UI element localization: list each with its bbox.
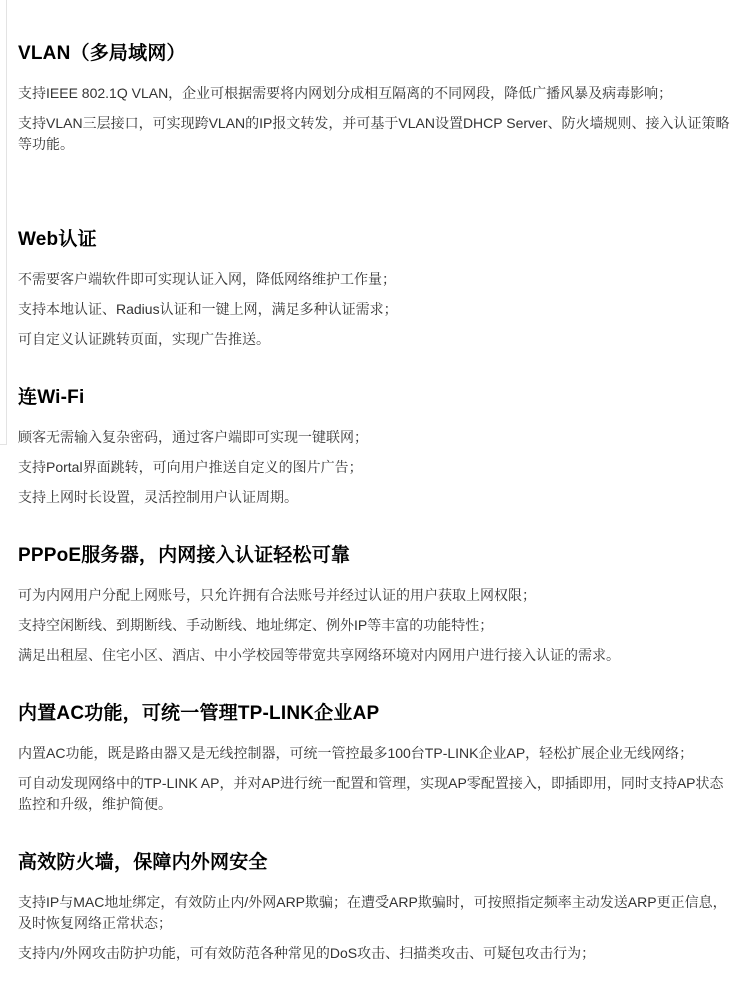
product-feature-page: { "page": { "background_color": "#ffffff… [0,0,750,986]
section-heading: VLAN（多局域网） [18,44,732,64]
section-lian-wifi: 连Wi-Fi 顾客无需输入复杂密码，通过客户端即可实现一键联网； 支持Porta… [18,388,732,508]
section-pppoe-server: PPPoE服务器，内网接入认证轻松可靠 可为内网用户分配上网账号，只允许拥有合法… [18,546,732,666]
left-panel-border-vertical [6,0,7,445]
feature-paragraph: 满足出租屋、住宅小区、酒店、中小学校园等带宽共享网络环境对内网用户进行接入认证的… [18,645,732,666]
feature-paragraph: 可为内网用户分配上网账号，只允许拥有合法账号并经过认证的用户获取上网权限； [18,585,732,606]
feature-paragraph: 支持IP与MAC地址绑定，有效防止内/外网ARP欺骗；在遭受ARP欺骗时，可按照… [18,892,732,934]
section-heading: 高效防火墙，保障内外网安全 [18,853,732,873]
left-panel-border-corner [0,444,7,445]
section-firewall: 高效防火墙，保障内外网安全 支持IP与MAC地址绑定，有效防止内/外网ARP欺骗… [18,853,732,964]
section-heading: 内置AC功能，可统一管理TP-LINK企业AP [18,704,732,724]
feature-paragraph: 可自定义认证跳转页面，实现广告推送。 [18,329,732,350]
feature-paragraph: 支持IEEE 802.1Q VLAN，企业可根据需要将内网划分成相互隔离的不同网… [18,83,732,104]
feature-paragraph: 支持空闲断线、到期断线、手动断线、地址绑定、例外IP等丰富的功能特性； [18,615,732,636]
feature-paragraph: 支持上网时长设置，灵活控制用户认证周期。 [18,487,732,508]
feature-paragraph: 支持内/外网攻击防护功能，可有效防范各种常见的DoS攻击、扫描类攻击、可疑包攻击… [18,943,732,964]
section-vlan: VLAN（多局域网） 支持IEEE 802.1Q VLAN，企业可根据需要将内网… [18,44,732,155]
section-heading: 连Wi-Fi [18,388,732,408]
feature-paragraph: 支持本地认证、Radius认证和一键上网，满足多种认证需求； [18,299,732,320]
feature-paragraph: 支持VLAN三层接口，可实现跨VLAN的IP报文转发，并可基于VLAN设置DHC… [18,113,732,155]
feature-paragraph: 内置AC功能，既是路由器又是无线控制器，可统一管控最多100台TP-LINK企业… [18,743,732,764]
section-web-auth: Web认证 不需要客户端软件即可实现认证入网，降低网络维护工作量； 支持本地认证… [18,230,732,350]
section-heading: PPPoE服务器，内网接入认证轻松可靠 [18,546,732,566]
section-ac-controller: 内置AC功能，可统一管理TP-LINK企业AP 内置AC功能，既是路由器又是无线… [18,704,732,815]
section-heading: Web认证 [18,230,732,250]
feature-paragraph: 支持Portal界面跳转，可向用户推送自定义的图片广告； [18,457,732,478]
feature-paragraph: 顾客无需输入复杂密码，通过客户端即可实现一键联网； [18,427,732,448]
feature-content: VLAN（多局域网） 支持IEEE 802.1Q VLAN，企业可根据需要将内网… [0,0,750,964]
feature-paragraph: 可自动发现网络中的TP-LINK AP，并对AP进行统一配置和管理，实现AP零配… [18,773,732,815]
feature-paragraph: 不需要客户端软件即可实现认证入网，降低网络维护工作量； [18,269,732,290]
